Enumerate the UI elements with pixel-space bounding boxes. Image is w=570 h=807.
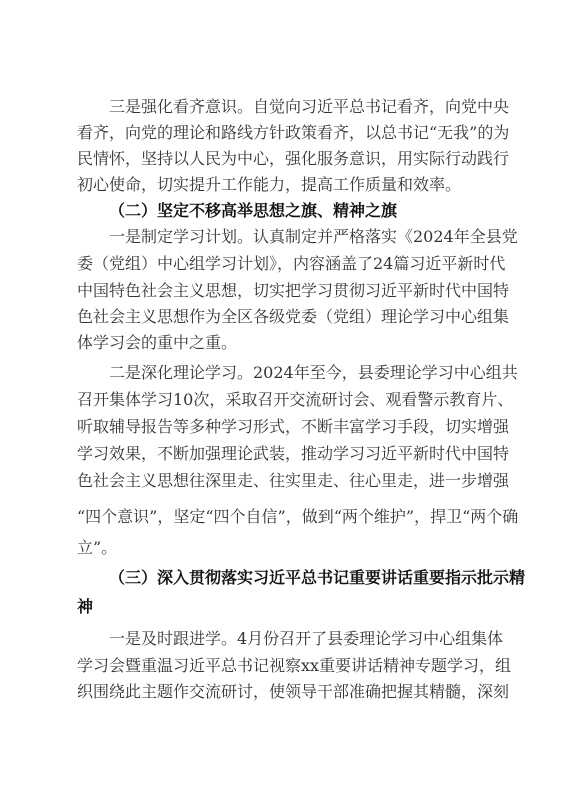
- paragraph-line: 中国特色社会主义思想，切实把学习贯彻习近平新时代中国特: [77, 278, 489, 304]
- paragraph-line: 一是及时跟进学。4月份召开了县委理论学习中心组集体: [109, 626, 489, 652]
- paragraph-line: 二是深化理论学习。2024年至今，县委理论学习中心组共: [109, 360, 489, 386]
- paragraph-line: 学习会暨重温习近平总书记视察xx重要讲话精神专题学习，组: [77, 653, 489, 679]
- section-heading-3-continued: 神: [77, 594, 489, 620]
- paragraph-line: 色社会主义思想作为全区各级党委（党组）理论学习中心组集: [77, 304, 489, 330]
- paragraph-line: 召开集体学习10次，采取召开交流研讨会、观看警示教育片、: [77, 387, 489, 413]
- paragraph-line: 初心使命，切实提升工作能力，提高工作质量和效率。: [77, 172, 489, 198]
- paragraph-line: 听取辅导报告等多种学习形式，不断丰富学习手段，切实增强: [77, 414, 489, 440]
- paragraph-line: 委（党组）中心组学习计划》，内容涵盖了24篇习近平新时代: [77, 251, 489, 277]
- paragraph-line: 三是强化看齐意识。自觉向习近平总书记看齐，向党中央: [109, 94, 489, 120]
- paragraph-line: “四个意识”，坚定“四个自信”，做到“两个维护”，捍卫“两个确: [77, 504, 489, 530]
- paragraph-line: 织围绕此主题作交流研讨，使领导干部准确把握其精髓，深刻: [77, 679, 489, 705]
- document-page: 三是强化看齐意识。自觉向习近平总书记看齐，向党中央 看齐，向党的理论和路线方针政…: [0, 0, 570, 807]
- paragraph-line: 色社会主义思想往深里走、往实里走、往心里走，进一步增强: [77, 468, 489, 494]
- paragraph-line: 立”。: [77, 535, 489, 561]
- paragraph-line: 民情怀，坚持以人民为中心，强化服务意识，用实际行动践行: [77, 146, 489, 172]
- paragraph-line: 学习效果，不断加强理论武装，推动学习习近平新时代中国特: [77, 441, 489, 467]
- paragraph-line: 体学习会的重中之重。: [77, 330, 489, 356]
- section-heading-2: （二）坚定不移高举思想之旗、精神之旗: [109, 198, 489, 224]
- section-heading-3: （三）深入贯彻落实习近平总书记重要讲话重要指示批示精: [109, 565, 489, 591]
- paragraph-line: 看齐，向党的理论和路线方针政策看齐，以总书记“无我”的为: [77, 120, 489, 146]
- paragraph-line: 一是制定学习计划。认真制定并严格落实《2024年全县党: [109, 224, 489, 250]
